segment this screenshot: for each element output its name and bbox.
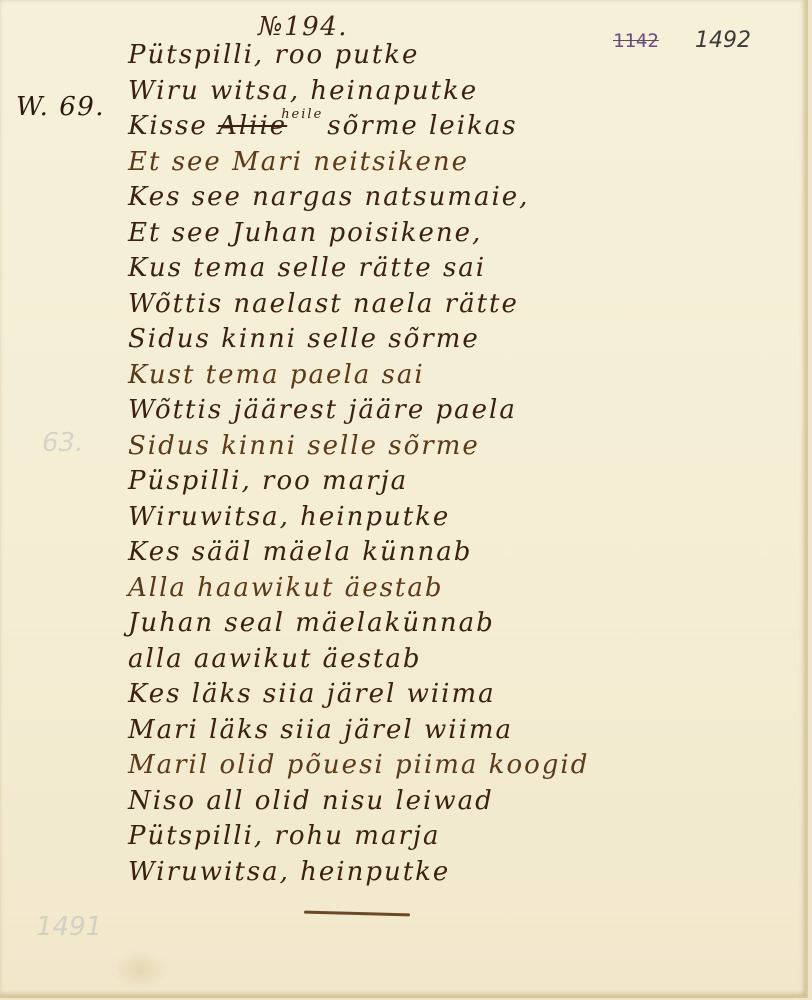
paper-stain: [110, 950, 170, 990]
verse-line: Niso all olid nisu leiwad: [128, 784, 589, 820]
verse-line: Kes läks siia järel wiima: [128, 677, 589, 713]
archive-number: 1492: [695, 28, 751, 53]
verse-line: Sidus kinni selle sõrme: [128, 322, 589, 358]
verse-text: Pütspilli, roo putke Wiru witsa, heinapu…: [128, 38, 589, 890]
verse-line: Wõttis naelast naela rätte: [128, 287, 589, 323]
faint-pencil-mark: 63.: [42, 428, 83, 458]
verse-line: Mari läks siia järel wiima: [128, 713, 589, 749]
verse-line: Kisse Aliieheilesõrme leikas: [128, 109, 589, 145]
verse-line: Maril olid põuesi piima koogid: [128, 748, 589, 784]
verse-line: Sidus kinni selle sõrme: [128, 429, 589, 465]
verse-line: Alla haawikut äestab: [128, 571, 589, 607]
collector-signature-mark: W. 69.: [16, 92, 105, 122]
verse-line: Kes sääl mäela künnab: [128, 535, 589, 571]
verse-line: Wiruwitsa, heinputke: [128, 855, 589, 891]
verse-line: Wiruwitsa, heinputke: [128, 500, 589, 536]
struck-word: Aliie: [218, 111, 287, 141]
manuscript-page: №194. W. 69. 1142 1492 63. 1491 Pütspill…: [0, 0, 808, 998]
verse-line: alla aawikut äestab: [128, 642, 589, 678]
verse-line: Kus tema selle rätte sai: [128, 251, 589, 287]
verse-line: Et see Mari neitsikene: [128, 145, 589, 181]
interlinear-insert: heile: [281, 107, 323, 122]
verse-line: Juhan seal mäelakünnab: [128, 606, 589, 642]
verse-line: Kust tema paela sai: [128, 358, 589, 394]
verse-line: Wõttis jäärest jääre paela: [128, 393, 589, 429]
verse-line-end: sõrme leikas: [327, 111, 517, 141]
verse-line: Et see Juhan poisikene,: [128, 216, 589, 252]
end-flourish-divider: [304, 911, 410, 917]
verse-line: Pütspilli, rohu marja: [128, 819, 589, 855]
verse-line: Püspilli, roo marja: [128, 464, 589, 500]
verse-line-start: Kisse: [128, 111, 208, 141]
verse-line: Wiru witsa, heinaputke: [128, 74, 589, 110]
verse-line: Kes see nargas natsumaie,: [128, 180, 589, 216]
verse-line: Pütspilli, roo putke: [128, 38, 589, 74]
archive-number-struck: 1142: [613, 30, 659, 52]
faint-pencil-mark: 1491: [36, 912, 102, 942]
